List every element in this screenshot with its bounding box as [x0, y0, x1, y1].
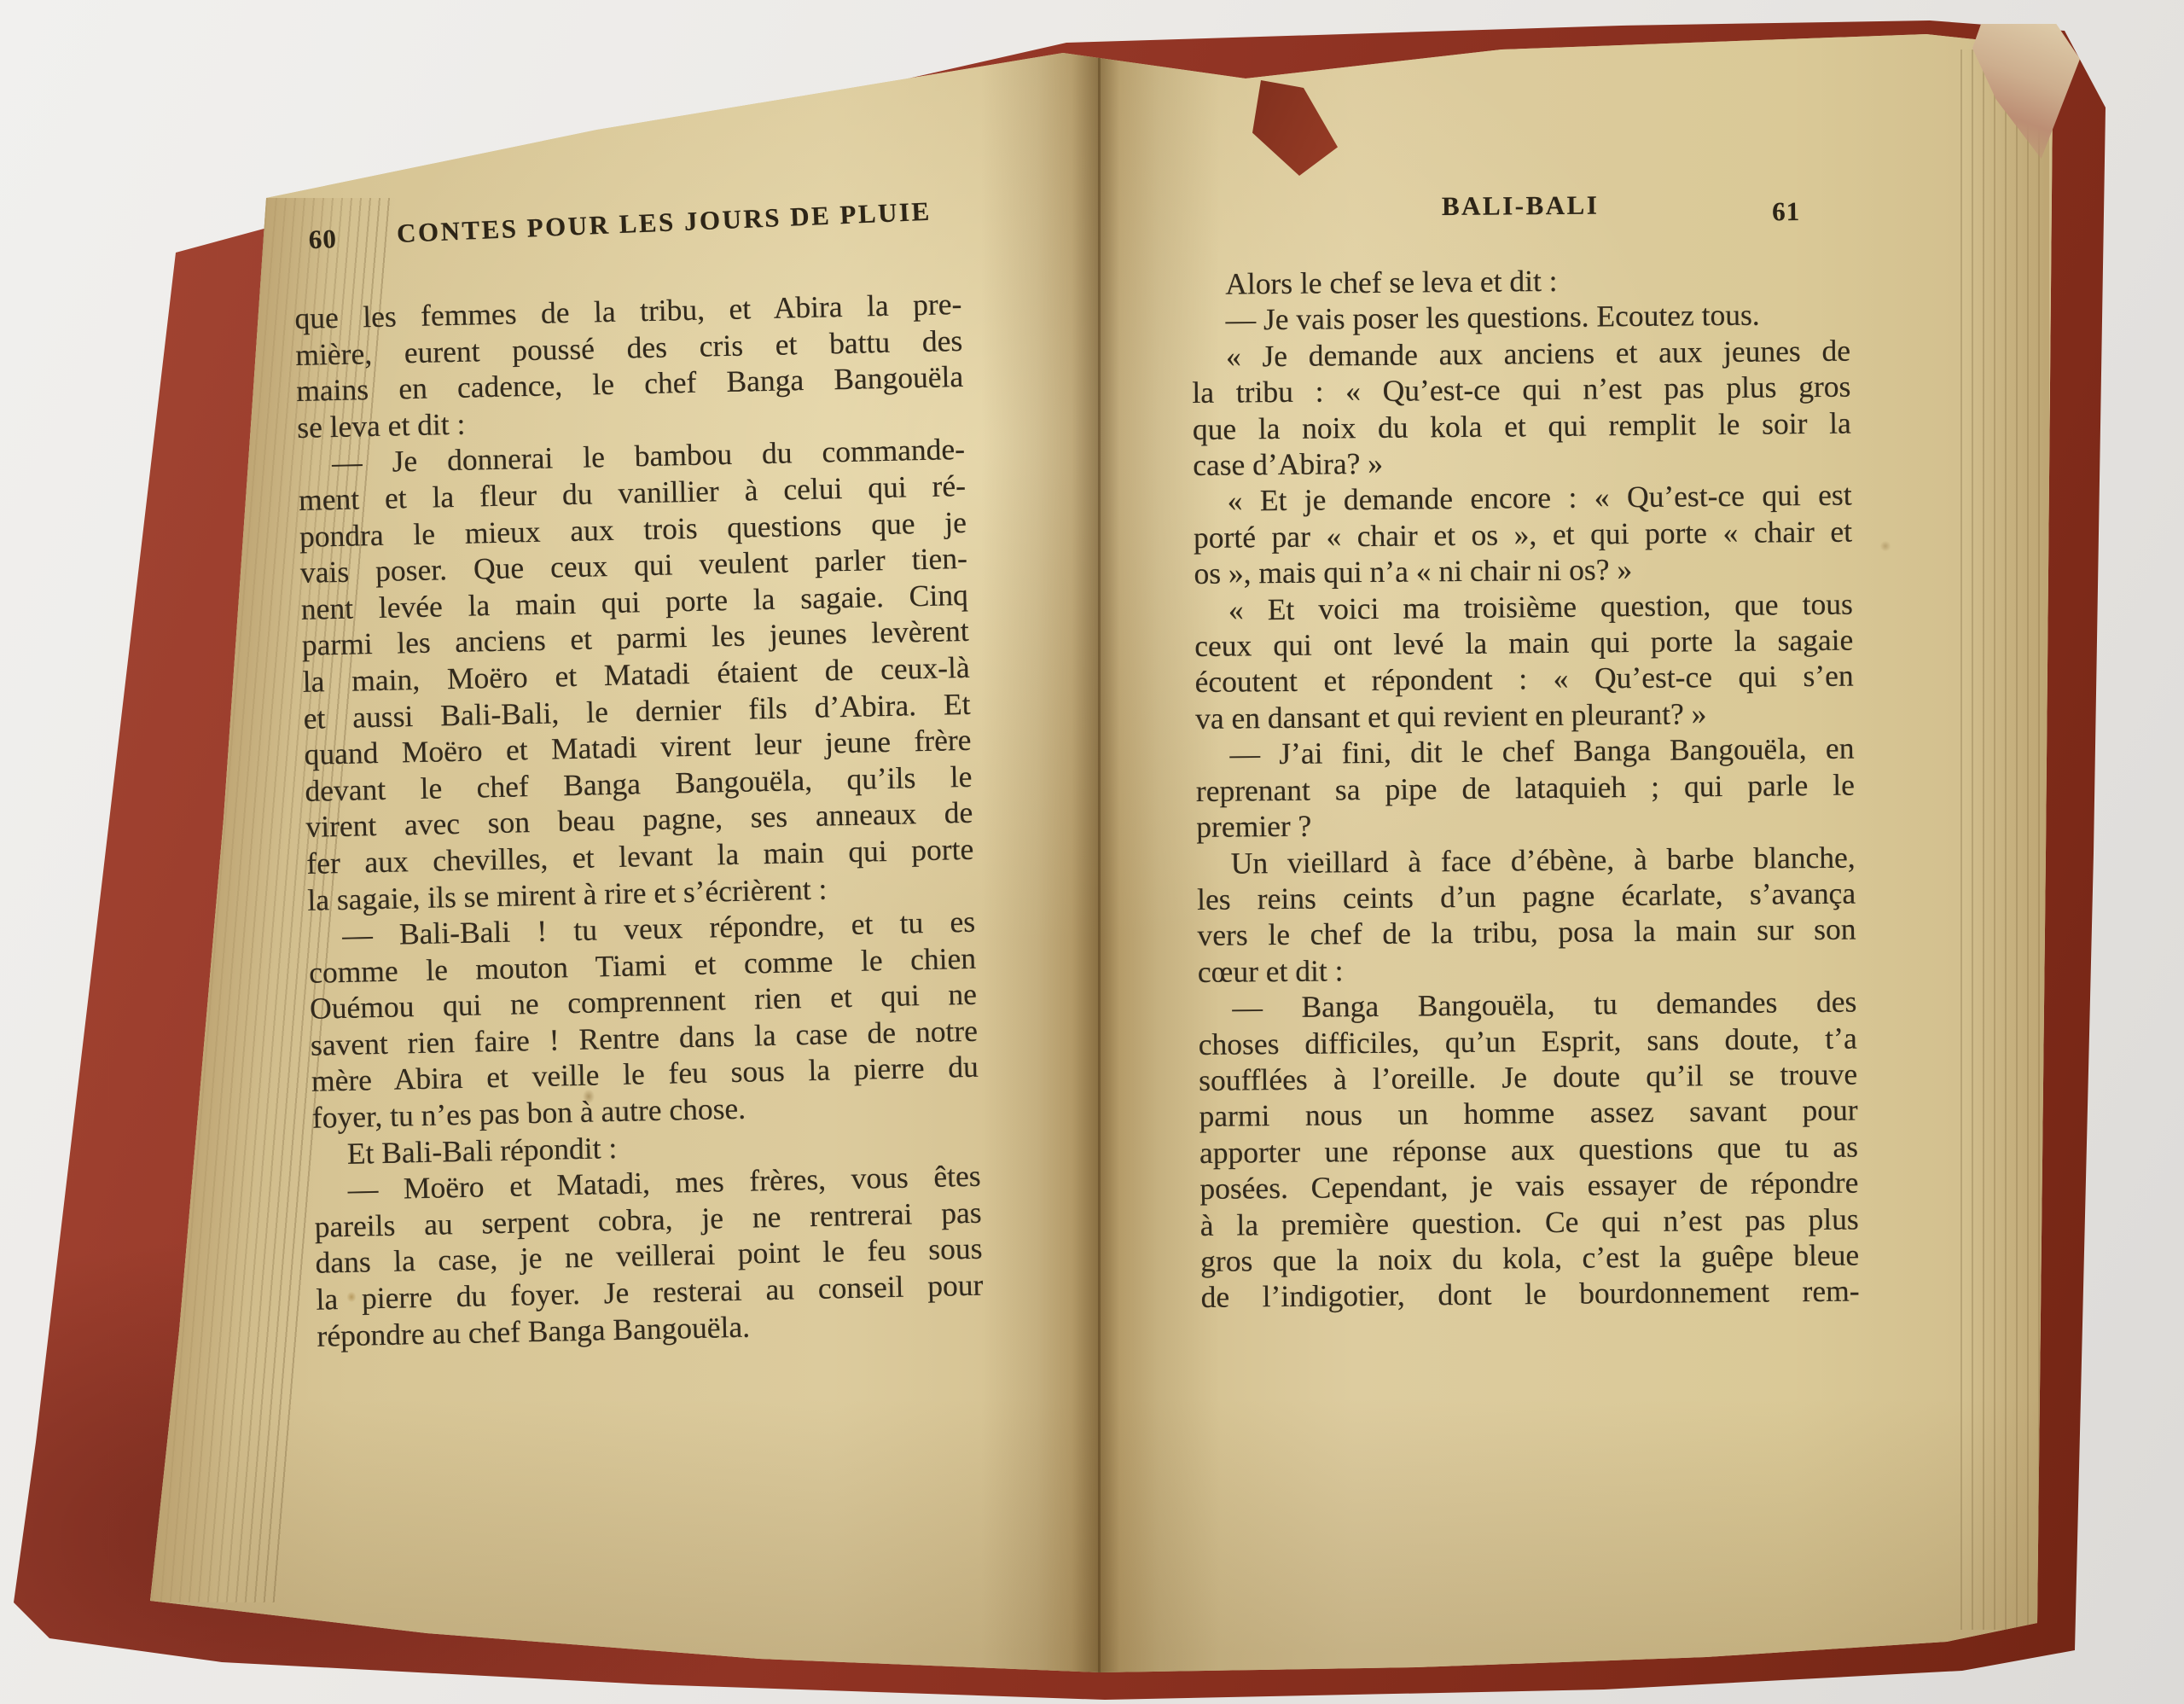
text-line: vers le chef de la tribu, posa la main s… [1197, 911, 1856, 954]
text-line: premier ? [1196, 803, 1855, 846]
text-line: « Et je demande encore : « Qu’est-ce qui… [1193, 477, 1851, 520]
text-line: la tribu : « Qu’est-ce qui n’est pas plu… [1192, 369, 1850, 411]
running-title-right: BALI-BALI [1191, 189, 1850, 224]
text-line: « Et voici ma troisième question, que to… [1194, 585, 1853, 628]
page-number-left: 60 [308, 224, 337, 255]
text-line: os », mais qui n’a « ni chair ni os? » [1194, 550, 1852, 592]
text-line: porté par « chair et os », et qui porte … [1194, 513, 1852, 555]
text-line: gros que la noix du kola, c’est la guêpe… [1200, 1237, 1859, 1280]
text-line: case d’Abira? » [1193, 441, 1851, 484]
text-line: Un vieillard à face d’ébène, à barbe bla… [1197, 839, 1856, 881]
text-line: — J’ai fini, dit le chef Banga Bangouëla… [1195, 730, 1854, 773]
text-line: apporter une réponse aux questions que t… [1199, 1128, 1858, 1171]
text-line: posées. Cependant, je vais essayer de ré… [1199, 1165, 1858, 1207]
text-line: « Je demande aux anciens et aux jeunes d… [1192, 332, 1850, 375]
red-spine-sliver [1252, 80, 1338, 176]
text-line: Alors le chef se leva et dit : [1191, 260, 1850, 303]
right-page-text: Alors le chef se leva et dit :— Je vais … [1191, 260, 1860, 1316]
text-line: reprenant sa pipe de lataquieh ; qui par… [1196, 766, 1855, 809]
text-line: — Je vais poser les questions. Ecoutez t… [1191, 296, 1850, 339]
text-line: choses difficiles, qu’un Esprit, sans do… [1199, 1020, 1857, 1062]
page-number-right: 61 [1772, 196, 1800, 227]
running-head-right: BALI-BALI 61 [1191, 189, 1850, 224]
text-line: — Banga Bangouëla, tu demandes des [1198, 984, 1856, 1026]
text-line: parmi nous un homme assez savant pour [1199, 1092, 1857, 1135]
text-line: à la première question. Ce qui n’est pas… [1200, 1201, 1859, 1243]
text-line: que la noix du kola et qui remplit le so… [1193, 404, 1851, 447]
text-line: soufflées à l’oreille. Je doute qu’il se… [1199, 1056, 1857, 1098]
text-line: va en dansant et qui revient en pleurant… [1195, 694, 1854, 736]
gutter-shadow [981, 44, 1220, 1674]
text-line: écoutent et répondent : « Qu’est-ce qui … [1194, 658, 1853, 701]
text-line: ceux qui ont levé la main qui porte la s… [1194, 622, 1853, 665]
text-line: cœur et dit : [1198, 947, 1856, 990]
text-line: les reins ceints d’un pagne écarlate, s’… [1197, 875, 1856, 917]
page-edges-right [1960, 49, 2049, 1630]
left-page-text: que les femmes de la tribu, et Abira la … [294, 286, 985, 1354]
text-line: de l’indigotier, dont le bourdonnement r… [1200, 1273, 1859, 1316]
